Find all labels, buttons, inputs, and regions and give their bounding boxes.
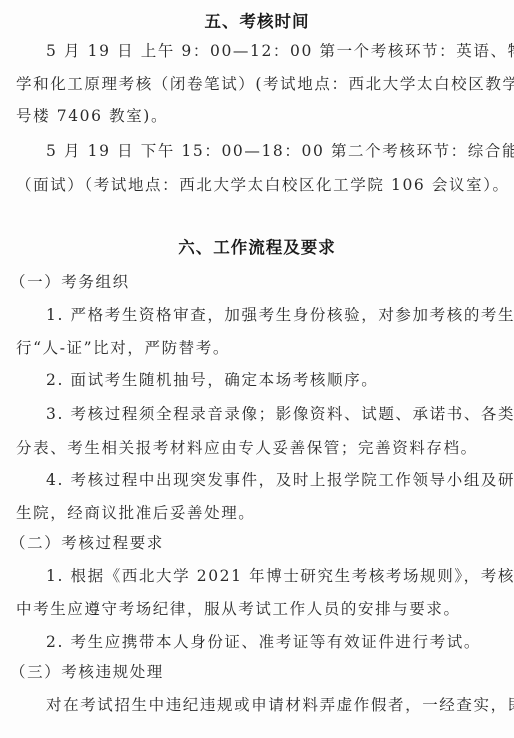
exam-schedule-morning-line-1: 5 月 19 日 上午 9：00—12：00 第一个考核环节：英语、物理化 bbox=[46, 41, 500, 61]
exam-schedule-afternoon-line-1: 5 月 19 日 下午 15：00—18：00 第二个考核环节：综合能力考核 bbox=[46, 141, 500, 161]
sub1-item-4-line-2: 生院，经商议批准后妥善处理。 bbox=[16, 503, 500, 523]
subsection-1-heading: （一）考务组织 bbox=[10, 272, 500, 292]
sub1-item-2: 2. 面试考生随机抽号，确定本场考核顺序。 bbox=[46, 370, 500, 390]
subsection-3-heading: （三）考核违规处理 bbox=[10, 662, 500, 682]
exam-schedule-morning-line-2: 学和化工原理考核（闭卷笔试）(考试地点：西北大学太白校区教学 7 bbox=[16, 74, 500, 94]
sub1-item-1-line-2: 行“人-证”比对，严防替考。 bbox=[16, 338, 500, 358]
sub1-item-1-line-1: 1. 严格考生资格审查，加强考生身份核验，对参加考核的考生进 bbox=[46, 305, 500, 325]
section-6-heading: 六、工作流程及要求 bbox=[0, 238, 514, 258]
sub1-item-4-line-1: 4. 考核过程中出现突发事件，及时上报学院工作领导小组及研究 bbox=[46, 470, 500, 490]
sub2-item-1-line-2: 中考生应遵守考场纪律，服从考试工作人员的安排与要求。 bbox=[16, 599, 500, 619]
sub2-item-1-line-1: 1. 根据《西北大学 2021 年博士研究生考核考场规则》，考核过程 bbox=[46, 566, 500, 586]
exam-schedule-morning-line-3: 号楼 7406 教室)。 bbox=[16, 106, 500, 126]
section-5-heading: 五、考核时间 bbox=[0, 12, 514, 32]
sub1-item-3-line-1: 3. 考核过程须全程录音录像；影像资料、试题、承诺书、各类打 bbox=[46, 404, 500, 424]
sub1-item-3-line-2: 分表、考生相关报考材料应由专人妥善保管；完善资料存档。 bbox=[16, 438, 500, 458]
exam-schedule-afternoon-line-2: （面试）（考试地点：西北大学太白校区化工学院 106 会议室）。 bbox=[16, 175, 500, 195]
sub3-paragraph-line-1: 对在考试招生中违纪违规或申请材料弄虚作假者，一经查实，即 bbox=[46, 695, 500, 715]
subsection-2-heading: （二）考核过程要求 bbox=[10, 533, 500, 553]
sub2-item-2: 2. 考生应携带本人身份证、准考证等有效证件进行考试。 bbox=[46, 632, 500, 652]
